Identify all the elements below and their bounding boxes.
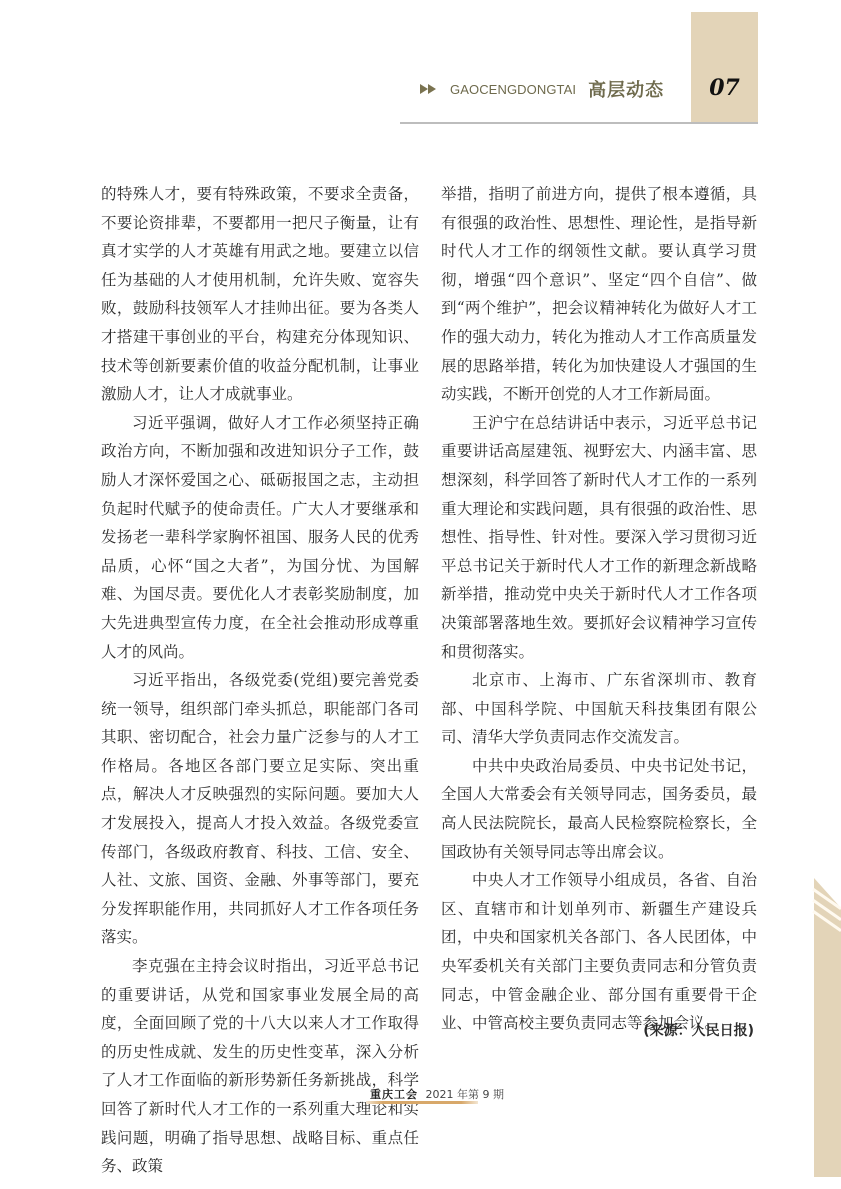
article-source: (来源：人民日报) (600, 1020, 754, 1040)
section-header: GAOCENGDONGTAI 高层动态 (420, 77, 664, 101)
paragraph: 的特殊人才，要有特殊政策，不要求全责备，不要论资排辈，不要都用一把尺子衡量，让有… (101, 180, 419, 409)
section-title-cn: 高层动态 (588, 76, 664, 102)
paragraph: 中共中央政治局委员、中央书记处书记，全国人大常委会有关领导同志，国务委员，最高人… (441, 752, 757, 866)
right-column: 举措，指明了前进方向，提供了根本遵循，具有很强的政治性、思想性、理论性，是指导新… (441, 180, 757, 1038)
section-title-en: GAOCENGDONGTAI (450, 82, 576, 97)
page-number: 07 (691, 75, 758, 101)
paragraph: 李克强在主持会议时指出，习近平总书记的重要讲话，从党和国家事业发展全局的高度，全… (101, 952, 419, 1181)
page-footer: 重庆工会 2021 年第 9 期 (370, 1086, 504, 1102)
paragraph: 举措，指明了前进方向，提供了根本遵循，具有很强的政治性、思想性、理论性，是指导新… (441, 180, 757, 409)
double-arrow-right-icon (420, 84, 436, 94)
paragraph: 习近平指出，各级党委(党组)要完善党委统一领导，组织部门牵头抓总，职能部门各司其… (101, 666, 419, 952)
left-column: 的特殊人才，要有特殊政策，不要求全责备，不要论资排辈，不要都用一把尺子衡量，让有… (101, 180, 419, 1181)
magazine-name: 重庆工会 (370, 1088, 418, 1101)
page-tab: 07 (691, 12, 758, 123)
footer-divider (366, 1101, 478, 1104)
header-divider (400, 122, 758, 124)
issue-number: 2021 年第 9 期 (426, 1088, 504, 1101)
paragraph: 中央人才工作领导小组成员，各省、自治区、直辖市和计划单列市、新疆生产建设兵团，中… (441, 866, 757, 1038)
paragraph: 北京市、上海市、广东省深圳市、教育部、中国科学院、中国航天科技集团有限公司、清华… (441, 666, 757, 752)
paragraph: 习近平强调，做好人才工作必须坚持正确政治方向，不断加强和改进知识分子工作，鼓励人… (101, 409, 419, 666)
paragraph: 王沪宁在总结讲话中表示，习近平总书记重要讲话高屋建瓴、视野宏大、内涵丰富、思想深… (441, 409, 757, 666)
